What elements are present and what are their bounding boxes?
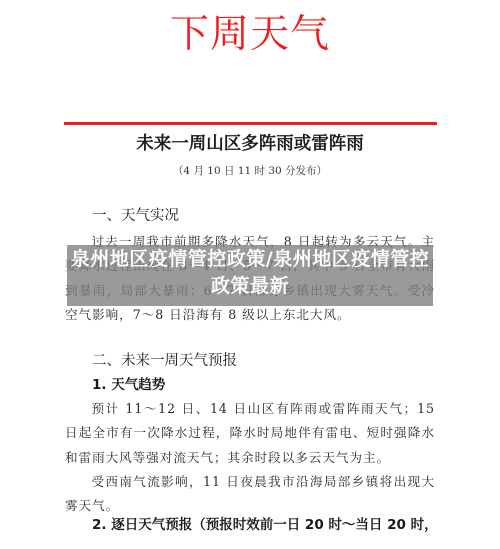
trend-paragraph-2: 受西南气流影响，11 日夜晨我市沿海局部乡镇将出现大雾天气。 (65, 470, 435, 519)
overlay-caption: 泉州地区疫情管控政策/泉州地区疫情管控政策最新 (67, 246, 433, 300)
subheading-daily-forecast: 2. 逐日天气预报（预报时效前一日 20 时～当日 20 时， (92, 514, 438, 536)
report-header-title: 下周天气 (0, 10, 500, 60)
trend-paragraph-1: 预计 11～12 日、14 日山区有阵雨或雷阵雨天气；15 日起全市有一次降水过… (65, 397, 435, 470)
red-divider-rule (64, 122, 437, 125)
section-heading-weather-observed: 一、天气实况 (92, 205, 179, 227)
document-title: 未来一周山区多阵雨或雷阵雨 (0, 130, 500, 158)
issue-time: （4 月 10 日 11 时 30 分发布） (0, 163, 500, 179)
document-page: 下周天气 未来一周山区多阵雨或雷阵雨 （4 月 10 日 11 时 30 分发布… (0, 0, 500, 549)
subheading-weather-trend: 1. 天气趋势 (92, 374, 165, 396)
section-heading-weekly-forecast: 二、未来一周天气预报 (92, 350, 237, 372)
